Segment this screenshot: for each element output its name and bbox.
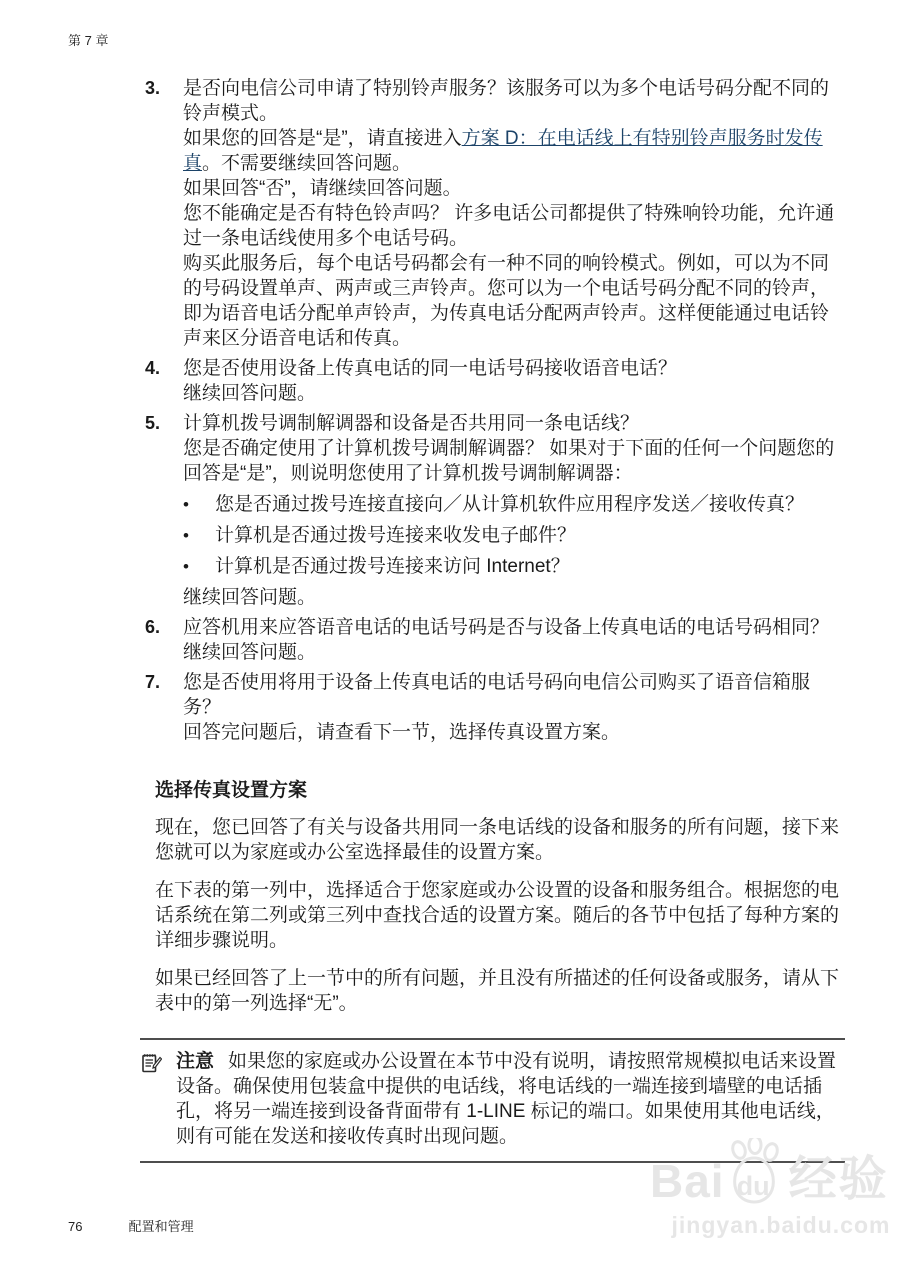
- bullet-text: 计算机是否通过拨号连接来收发电子邮件？: [215, 523, 845, 548]
- list-item: 4. 您是否使用设备上传真电话的同一电话号码接收语音电话？ 继续回答问题。: [145, 356, 845, 406]
- list-item-text: 继续回答问题。: [183, 381, 845, 406]
- watermark-brand-left: Bai: [650, 1158, 725, 1204]
- list-item-body: 您是否使用设备上传真电话的同一电话号码接收语音电话？ 继续回答问题。: [183, 356, 845, 406]
- bullet-text: 您是否通过拨号连接直接向／从计算机软件应用程序发送／接收传真？: [215, 492, 845, 517]
- note-icon: [140, 1049, 176, 1149]
- question-list: 3. 是否向电信公司申请了特别铃声服务？该服务可以为多个电话号码分配不同的铃声模…: [145, 76, 845, 745]
- list-item: 3. 是否向电信公司申请了特别铃声服务？该服务可以为多个电话号码分配不同的铃声模…: [145, 76, 845, 351]
- list-item-number: 4.: [145, 356, 183, 406]
- list-item-text: 是否向电信公司申请了特别铃声服务？该服务可以为多个电话号码分配不同的铃声模式。: [183, 76, 845, 126]
- list-item-number: 6.: [145, 615, 183, 665]
- section-paragraph: 如果已经回答了上一节中的所有问题，并且没有所描述的任何设备或服务，请从下表中的第…: [155, 966, 845, 1016]
- page-footer: 76 配置和管理: [68, 1216, 194, 1235]
- watermark-url: jingyan.baidu.com: [650, 1212, 912, 1239]
- list-item-number: 5.: [145, 411, 183, 610]
- list-item-body: 您是否使用将用于设备上传真电话的电话号码向电信公司购买了语音信箱服务？ 回答完问…: [183, 670, 845, 745]
- list-item-text: 您是否使用将用于设备上传真电话的电话号码向电信公司购买了语音信箱服务？: [183, 670, 845, 720]
- note-label: 注意: [176, 1051, 214, 1072]
- footer-title: 配置和管理: [129, 1216, 194, 1235]
- list-item-number: 7.: [145, 670, 183, 745]
- list-item-text: 继续回答问题。: [183, 640, 845, 665]
- chapter-header: 第 7 章: [68, 30, 108, 49]
- list-item-text: 您是否使用设备上传真电话的同一电话号码接收语音电话？: [183, 356, 845, 381]
- page-content: 3. 是否向电信公司申请了特别铃声服务？该服务可以为多个电话号码分配不同的铃声模…: [0, 76, 924, 1163]
- section-choose-fax-setup: 选择传真设置方案 现在，您已回答了有关与设备共用同一条电话线的设备和服务的所有问…: [155, 775, 845, 1016]
- page-number: 76: [68, 1219, 86, 1234]
- bullet-item: 计算机是否通过拨号连接来收发电子邮件？: [183, 523, 845, 548]
- list-item-body: 应答机用来应答语音电话的电话号码是否与设备上传真电话的电话号码相同？ 继续回答问…: [183, 615, 845, 665]
- section-paragraph: 在下表的第一列中，选择适合于您家庭或办公设置的设备和服务组合。根据您的电话系统在…: [155, 878, 845, 953]
- link-post-text: 。不需要继续回答问题。: [202, 153, 411, 174]
- section-paragraph: 现在，您已回答了有关与设备共用同一条电话线的设备和服务的所有问题，接下来您就可以…: [155, 815, 845, 865]
- bullet-item: 您是否通过拨号连接直接向／从计算机软件应用程序发送／接收传真？: [183, 492, 845, 517]
- link-pre-text: 如果您的回答是“是”，请直接进入: [183, 128, 462, 149]
- bullet-text: 计算机是否通过拨号连接来访问 Internet？: [215, 554, 845, 579]
- list-item: 6. 应答机用来应答语音电话的电话号码是否与设备上传真电话的电话号码相同？ 继续…: [145, 615, 845, 665]
- document-page: 第 7 章 3. 是否向电信公司申请了特别铃声服务？该服务可以为多个电话号码分配…: [0, 0, 924, 1280]
- list-item-text: 您是否确定使用了计算机拨号调制解调器？ 如果对于下面的任何一个问题您的回答是“是…: [183, 436, 845, 486]
- watermark-logo-row: Bai du 经验: [650, 1138, 912, 1204]
- bullet-icon: [183, 554, 215, 579]
- list-item-text: 计算机拨号调制解调器和设备是否共用同一条电话线？: [183, 411, 845, 436]
- bullet-item: 计算机是否通过拨号连接来访问 Internet？: [183, 554, 845, 579]
- baidu-jingyan-watermark: Bai du 经验 jingyan.baidu.com: [650, 1138, 912, 1239]
- list-item-text: 如果回答“否”，请继续回答问题。: [183, 176, 845, 201]
- list-item-text: 回答完问题后，请查看下一节，选择传真设置方案。: [183, 720, 845, 745]
- list-item: 7. 您是否使用将用于设备上传真电话的电话号码向电信公司购买了语音信箱服务？ 回…: [145, 670, 845, 745]
- baidu-paw-icon: du: [727, 1138, 781, 1204]
- list-item: 5. 计算机拨号调制解调器和设备是否共用同一条电话线？ 您是否确定使用了计算机拨…: [145, 411, 845, 610]
- list-item-number: 3.: [145, 76, 183, 351]
- bullet-icon: [183, 492, 215, 517]
- list-item-text: 购买此服务后，每个电话号码都会有一种不同的响铃模式。例如，可以为不同的号码设置单…: [183, 251, 845, 351]
- note-body: 如果您的家庭或办公设置在本节中没有说明，请按照常规模拟电话来设置设备。确保使用包…: [176, 1051, 836, 1147]
- bullet-icon: [183, 523, 215, 548]
- watermark-brand-right: du: [737, 1171, 770, 1202]
- list-item-body: 计算机拨号调制解调器和设备是否共用同一条电话线？ 您是否确定使用了计算机拨号调制…: [183, 411, 845, 610]
- section-title: 选择传真设置方案: [155, 775, 845, 802]
- watermark-suffix: 经验: [789, 1156, 889, 1204]
- list-item-text: 继续回答问题。: [183, 585, 845, 610]
- list-item-text: 您不能确定是否有特色铃声吗？ 许多电话公司都提供了特殊响铃功能，允许通过一条电话…: [183, 201, 845, 251]
- note-text: 注意如果您的家庭或办公设置在本节中没有说明，请按照常规模拟电话来设置设备。确保使…: [176, 1049, 845, 1149]
- list-item-body: 是否向电信公司申请了特别铃声服务？该服务可以为多个电话号码分配不同的铃声模式。 …: [183, 76, 845, 351]
- list-item-text: 如果您的回答是“是”，请直接进入方案 D：在电话线上有特别铃声服务时发传真。不需…: [183, 126, 845, 176]
- list-item-text: 应答机用来应答语音电话的电话号码是否与设备上传真电话的电话号码相同？: [183, 615, 845, 640]
- bullet-list: 您是否通过拨号连接直接向／从计算机软件应用程序发送／接收传真？ 计算机是否通过拨…: [183, 492, 845, 579]
